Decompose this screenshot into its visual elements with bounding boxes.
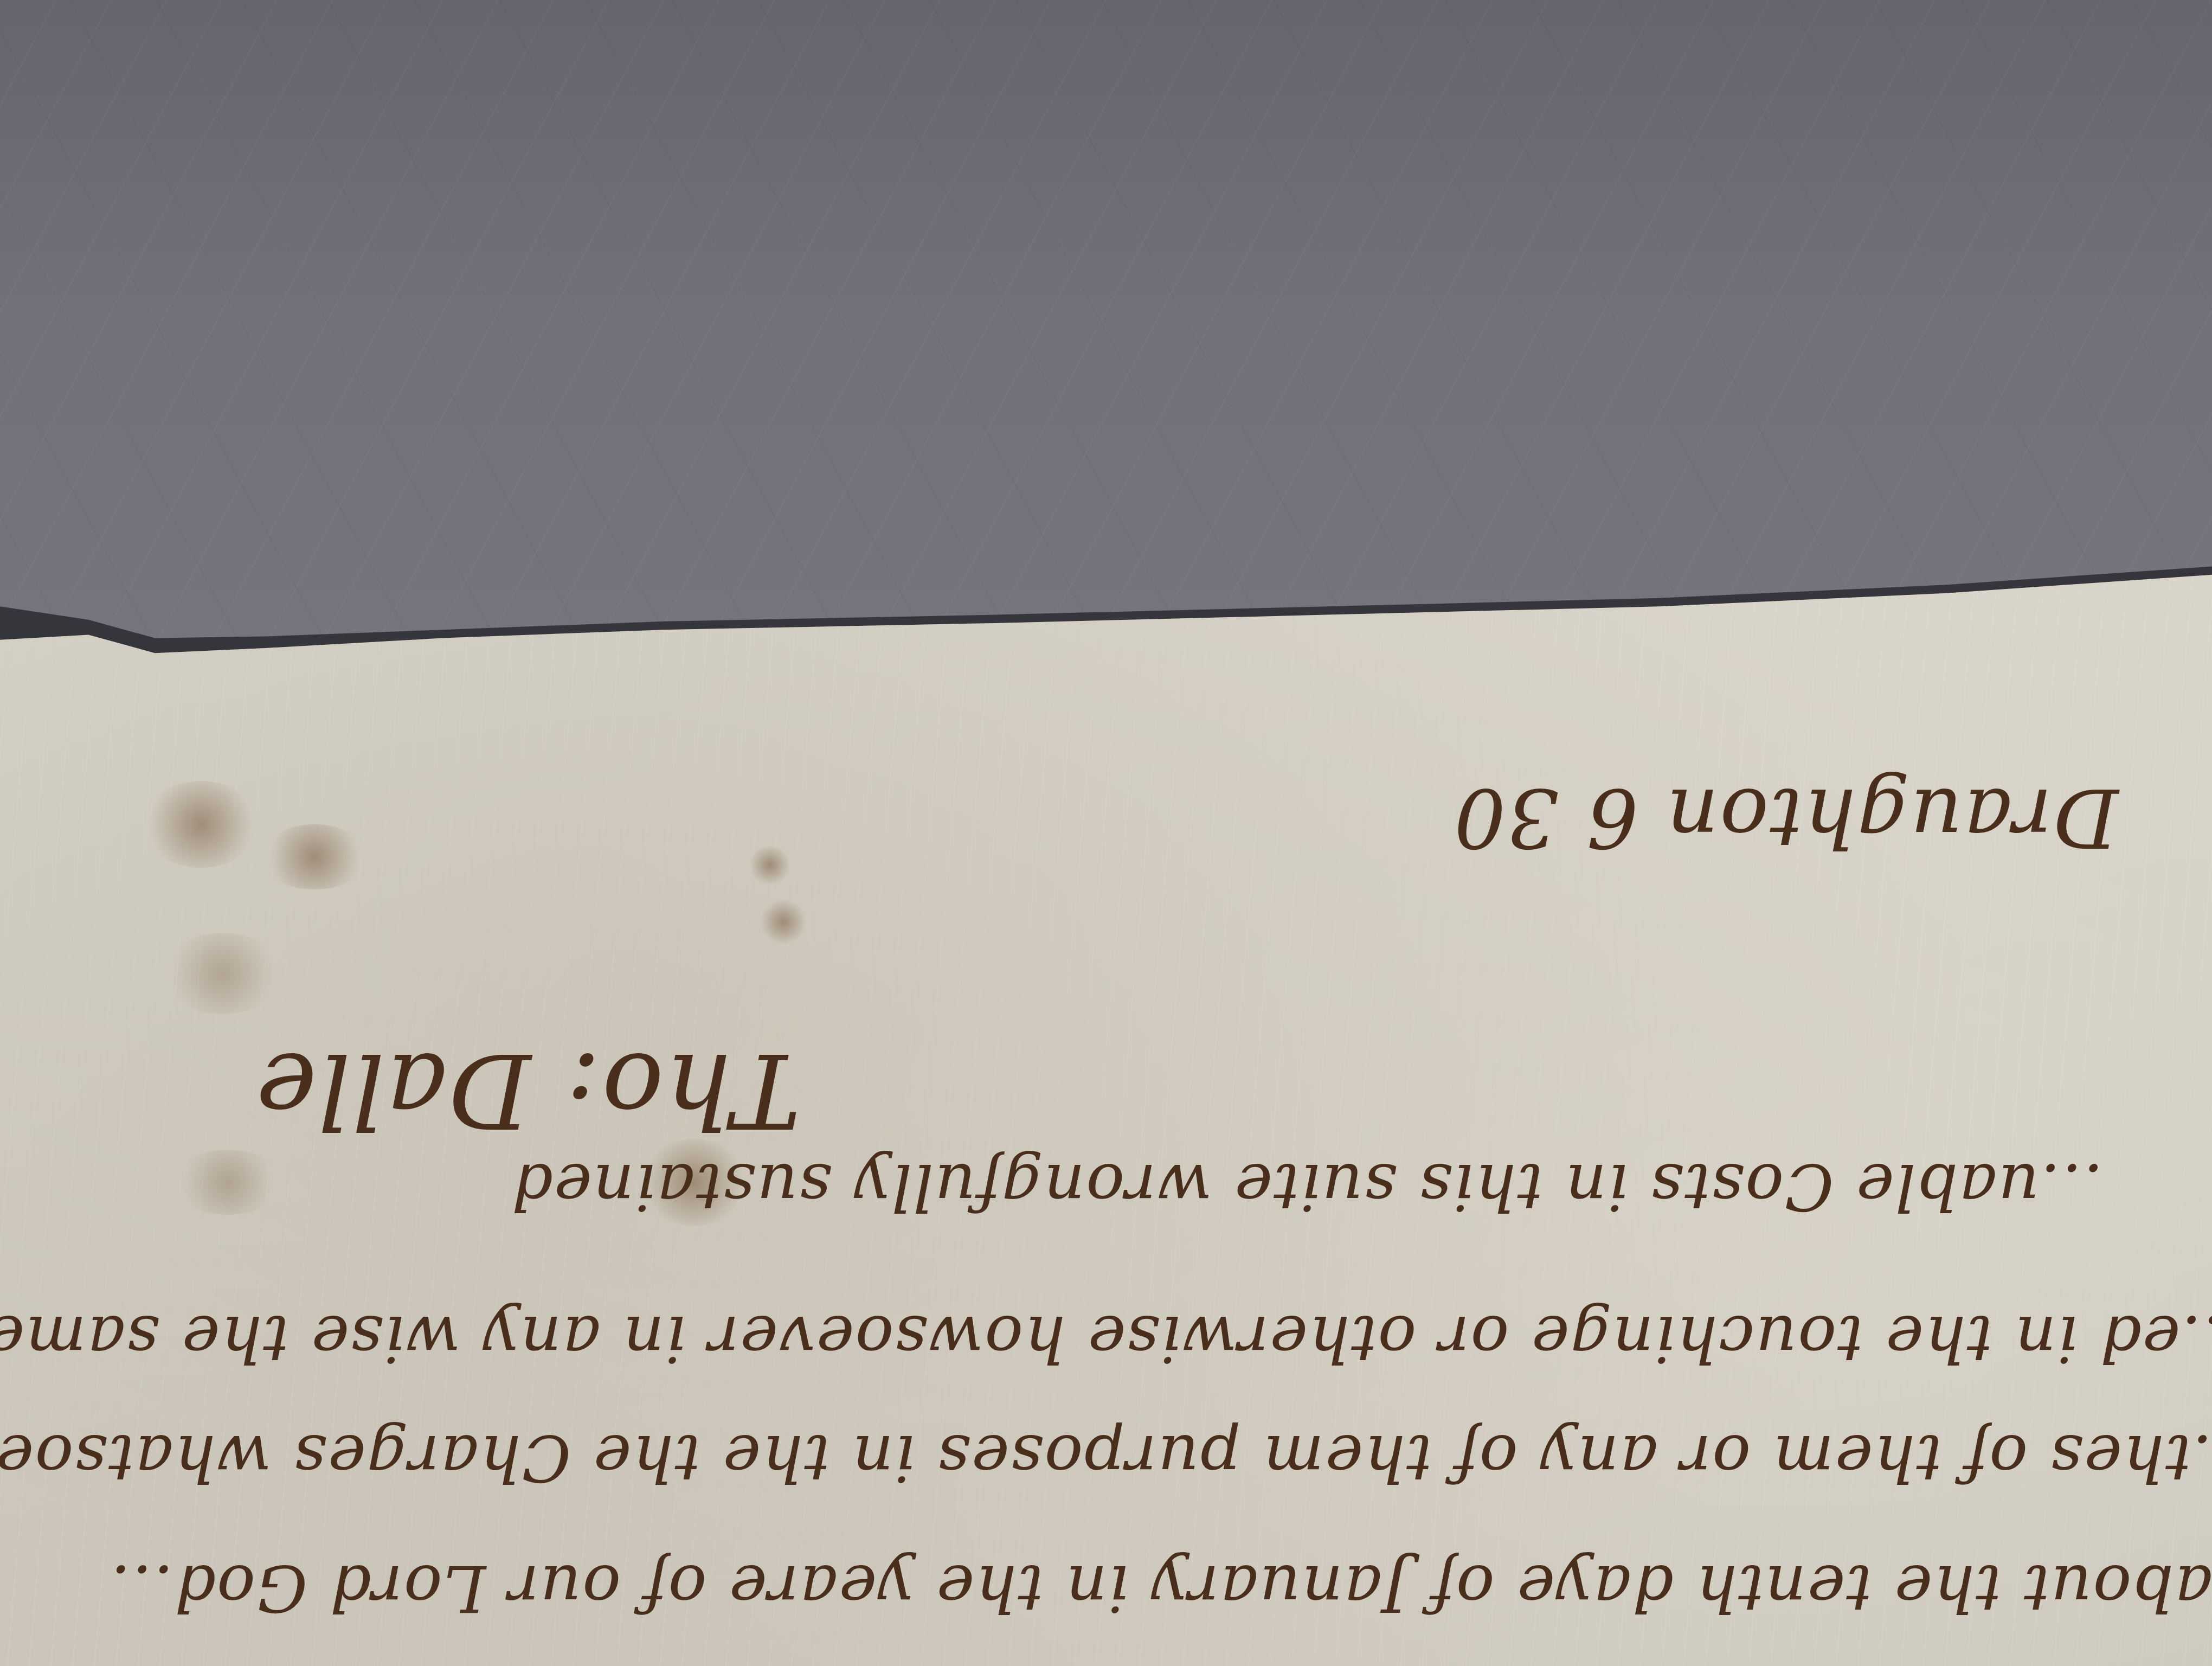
ink-stain	[759, 900, 808, 944]
ink-stain	[141, 781, 260, 868]
ink-stain	[260, 824, 369, 889]
table-surface	[0, 0, 2212, 678]
text-line-2: ...ed in the touchinge or otherwise hows…	[0, 1302, 2212, 1376]
endorsement-note: Draughton 6 30	[1453, 770, 2119, 864]
text-line-4: ...about the tenth daye of January in th…	[0, 1551, 2212, 1626]
text-line-3: ...thes of them or any of them purposes …	[0, 1421, 2212, 1496]
signature: Tho: Dalle	[255, 1030, 801, 1150]
ink-stain	[163, 933, 282, 1014]
ink-stain	[748, 846, 792, 884]
text-line-1: ...uable Costs in this suite wrongfully …	[0, 1150, 2104, 1225]
